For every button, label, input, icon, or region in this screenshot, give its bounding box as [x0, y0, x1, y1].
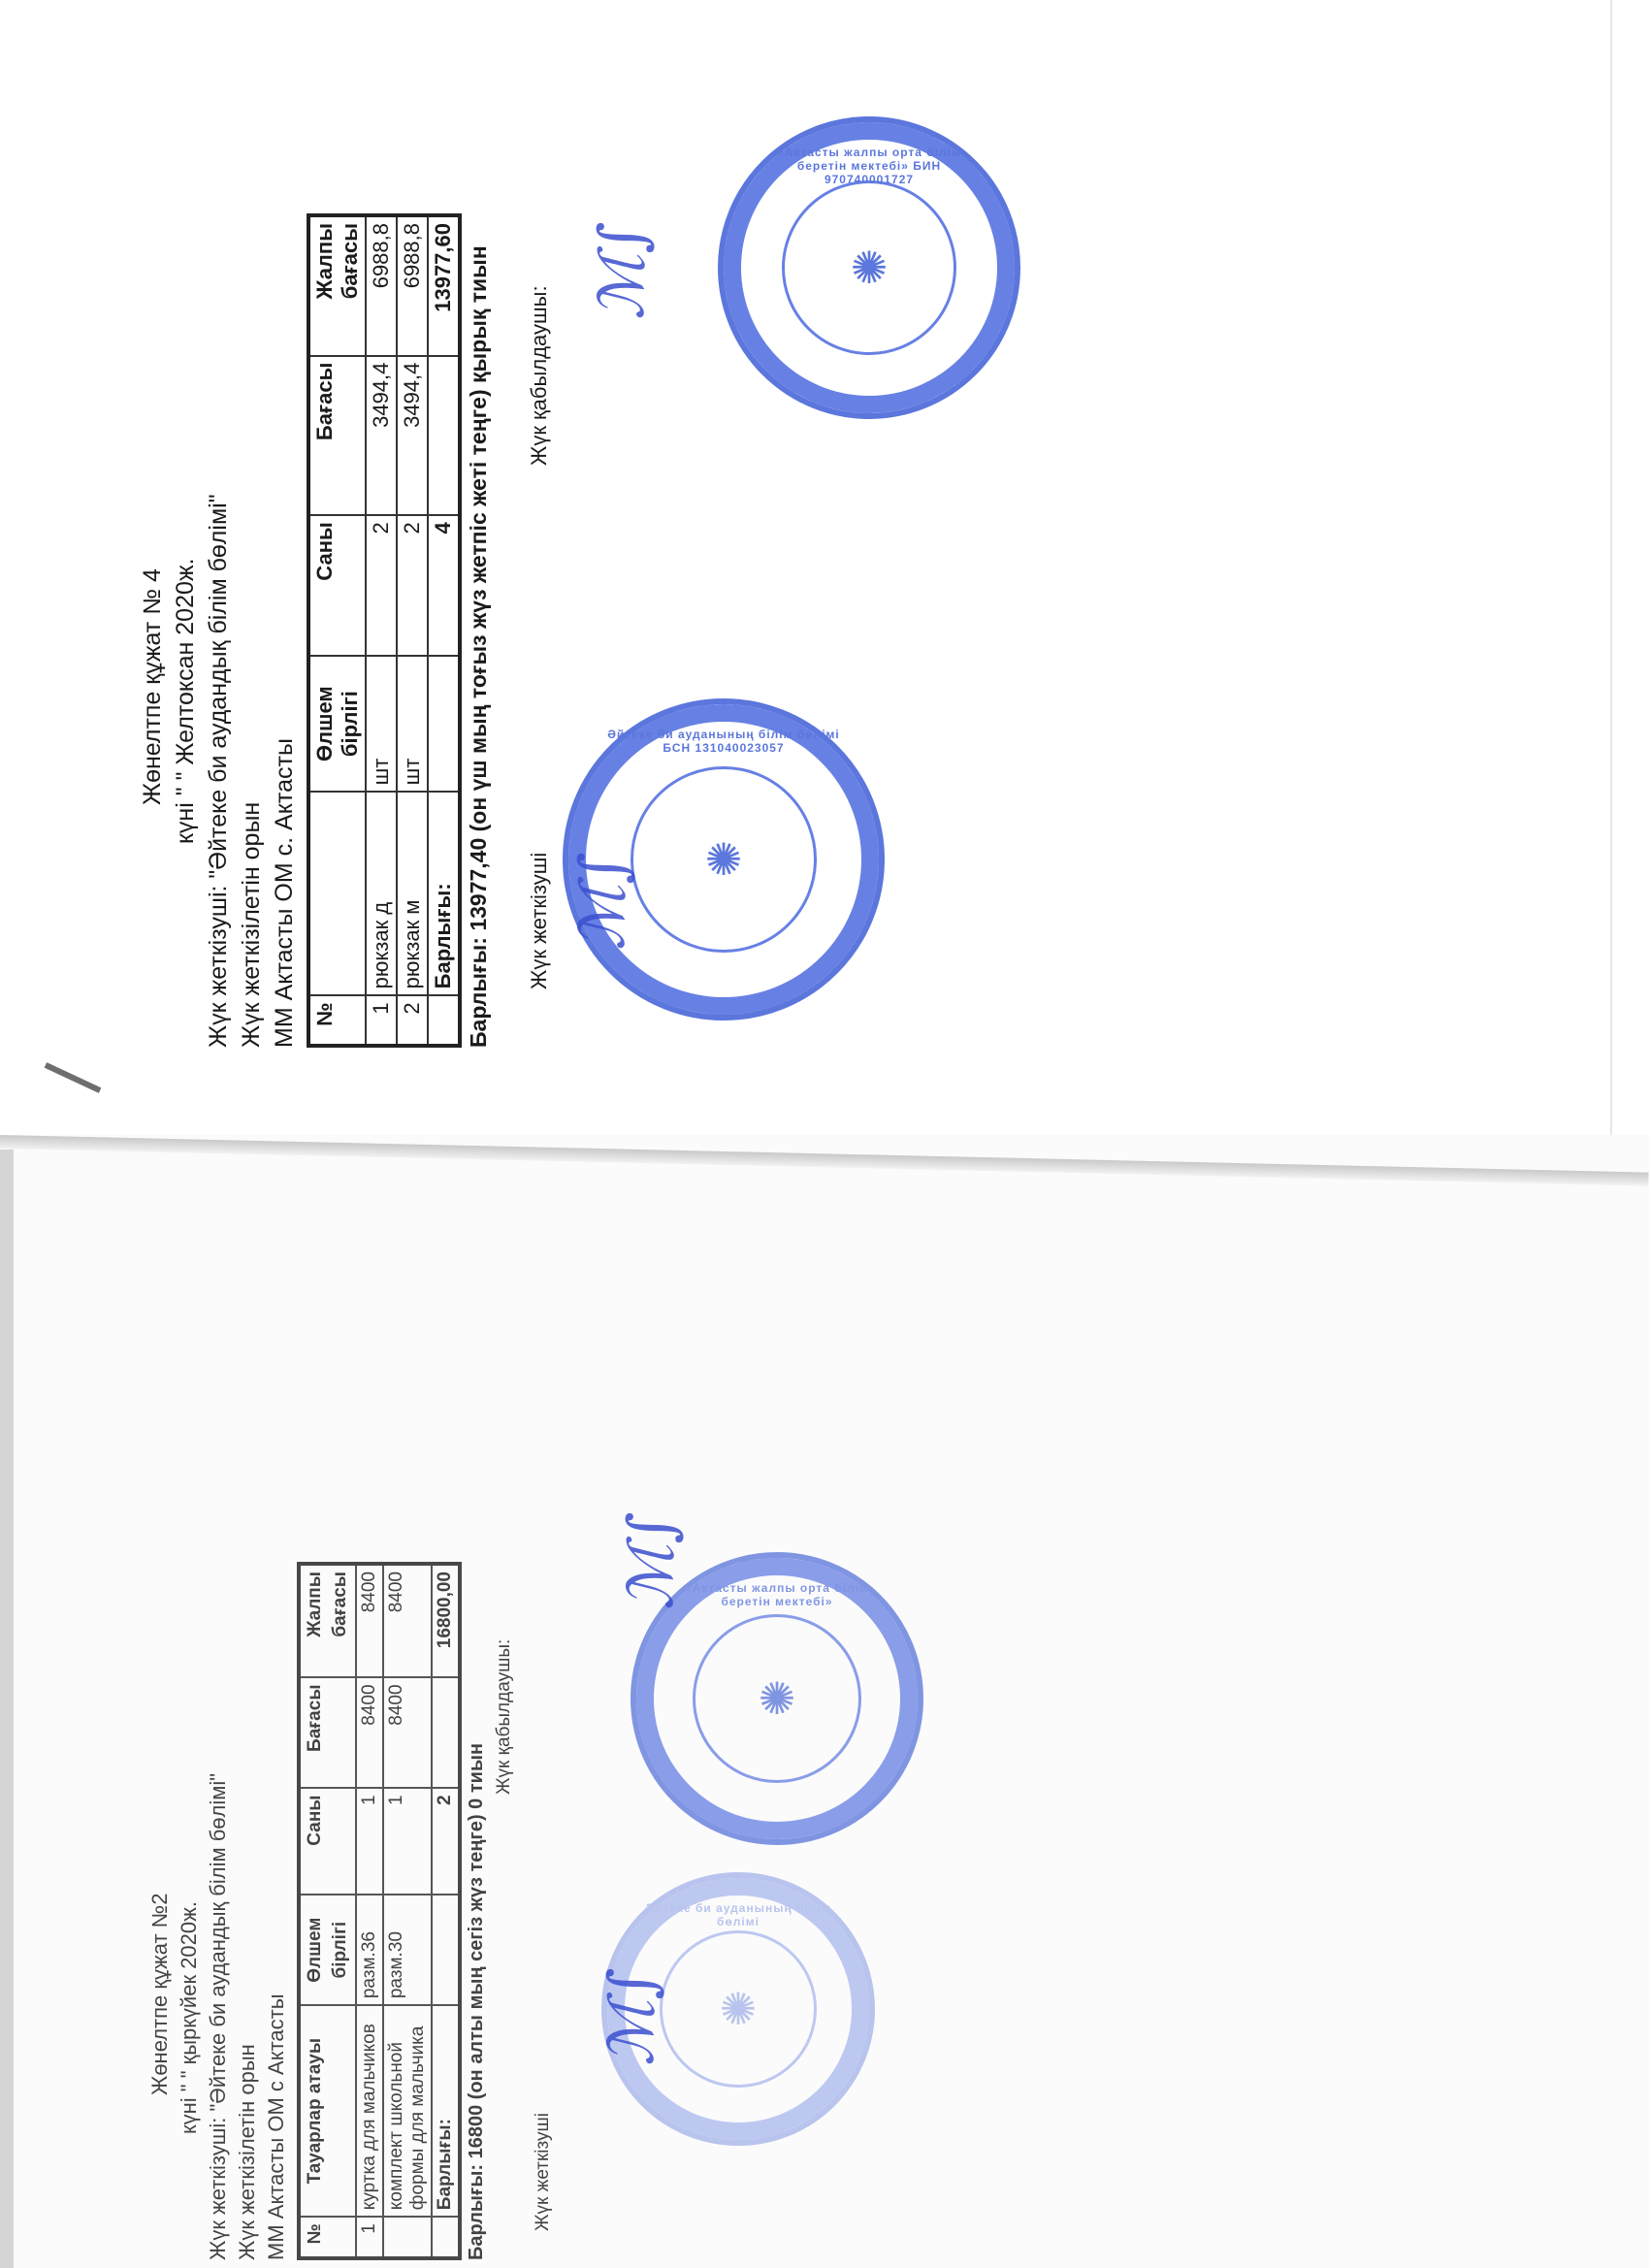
empty-cell: [428, 995, 460, 1046]
handwritten-signature: ℳ∫: [601, 1967, 663, 2066]
empty-cell: [432, 1677, 460, 1788]
empty-cell: [428, 656, 460, 793]
row-quantity: 2: [366, 515, 397, 656]
document-title: Жөнелтпе құжат № 4: [136, 39, 169, 1048]
col-unit: Өлшем бірлігі: [308, 656, 366, 793]
table-row: 1 куртка для мальчиков разм.36 1 8400 84…: [356, 1564, 383, 2258]
handwritten-signature: ℳ∫: [592, 221, 654, 320]
col-name: Тауарлар атауы: [299, 2005, 356, 2217]
stamp-emblem: ✺: [782, 180, 956, 355]
row-total: 6988,8: [397, 215, 428, 356]
row-unit: шт: [397, 656, 428, 793]
handwritten-signature: ℳ∫: [572, 852, 634, 951]
row-total: 6988,8: [366, 215, 397, 356]
empty-cell: [432, 2217, 460, 2258]
table-total-row: Барлығы: 4 13977,60: [428, 215, 460, 1046]
row-unit: шт: [366, 656, 397, 793]
delivery-place-label: Жүк жеткізілетін орын: [233, 1280, 262, 2260]
table-row: комплект школьной формы для мальчика раз…: [383, 1564, 432, 2258]
row-quantity: 1: [356, 1788, 383, 1895]
supplier-line: Жүк жеткізуші: "Әйтеке би аудандық білім…: [204, 1280, 233, 2260]
sender-label: Жүк жеткізуші: [527, 853, 552, 989]
row-price: 8400: [383, 1677, 432, 1788]
stamp-emblem: ✺: [693, 1614, 861, 1783]
page-edge-shadow: [0, 1135, 1649, 1186]
delivery-place-label: Жүк жеткізілетін орын: [235, 39, 268, 1048]
row-number: [383, 2217, 432, 2258]
official-stamp: «Актасты жалпы орта білім беретін мектеб…: [718, 116, 1020, 419]
row-unit: разм.30: [383, 1895, 432, 2005]
col-price: Бағасы: [308, 356, 366, 516]
delivery-place: ММ Актасты ОМ с Актасты: [262, 1280, 291, 2260]
stamp-text: Әйтеке би ауданының білім бөлімі: [633, 1901, 843, 1928]
col-price: Бағасы: [299, 1677, 356, 1788]
total-label: Барлығы:: [432, 2005, 460, 2217]
table-header-row: № Өлшем бірлігі Саны Бағасы Жалпы бағасы: [308, 215, 366, 1046]
row-price: 3494,4: [366, 356, 397, 516]
table-row: 1 рюкзак д шт 2 3494,4 6988,8: [366, 215, 397, 1046]
col-number: №: [299, 2217, 356, 2258]
emblem-icon: ✺: [705, 837, 743, 882]
row-total: 8400: [383, 1564, 432, 1677]
total-amount: 13977,60: [428, 215, 460, 356]
sender-label: Жүк жеткізуші: [533, 2113, 554, 2231]
row-number: 2: [397, 995, 428, 1046]
row-number: 1: [356, 2217, 383, 2258]
empty-cell: [428, 356, 460, 516]
row-unit: разм.36: [356, 1895, 383, 2005]
total-quantity: 2: [432, 1788, 460, 1895]
emblem-icon: ✺: [720, 1987, 758, 2031]
signature-row: Жүк жеткізуші Жүк қабылдаушы:: [503, 1280, 668, 2260]
col-total: Жалпы бағасы: [308, 215, 366, 356]
table-header-row: № Тауарлар атауы Өлшем бірлігі Саны Баға…: [299, 1564, 356, 2258]
row-name: комплект школьной формы для мальчика: [383, 2005, 432, 2217]
document-header: Жөнелтпе құжат № 4 күні " " Желтоксан 20…: [136, 39, 301, 1048]
sum-in-words: Барлығы: 16800 (он алты мың сегіз жүз те…: [466, 1280, 488, 2260]
total-label: Барлығы:: [428, 792, 460, 995]
stamp-text: Әйтеке би ауданының білім бөлімі БСН 131…: [599, 728, 848, 755]
document-header: Жөнелтпе құжат №2 күні " " қыркүйек 2020…: [145, 1280, 291, 2260]
document-date: күні " " Желтоксан 2020ж.: [169, 39, 202, 1048]
col-name: [308, 792, 366, 995]
row-quantity: 2: [397, 515, 428, 656]
scan-gutter: [0, 1150, 14, 2268]
emblem-icon: ✺: [759, 1676, 796, 1721]
col-quantity: Саны: [299, 1788, 356, 1895]
row-quantity: 1: [383, 1788, 432, 1895]
col-number: №: [308, 995, 366, 1046]
table-row: 2 рюкзак м шт 2 3494,4 6988,8: [397, 215, 428, 1046]
row-price: 3494,4: [397, 356, 428, 516]
delivery-place: ММ Актасты ОМ с. Актасты: [268, 39, 301, 1048]
empty-cell: [432, 1895, 460, 2005]
handwritten-signature: ℳ∫: [621, 1511, 683, 1610]
document-date: күні " " қыркүйек 2020ж.: [175, 1280, 204, 2260]
col-total: Жалпы бағасы: [299, 1564, 356, 1677]
total-amount: 16800,00: [432, 1564, 460, 1677]
document-title: Жөнелтпе құжат №2: [145, 1280, 175, 2260]
stamp-text: «Актасты жалпы орта білім беретін мектеб…: [753, 146, 986, 186]
goods-table: № Өлшем бірлігі Саны Бағасы Жалпы бағасы…: [307, 213, 462, 1048]
row-price: 8400: [356, 1677, 383, 1788]
row-name: рюкзак м: [397, 792, 428, 995]
row-number: 1: [366, 995, 397, 1046]
table-total-row: Барлығы: 2 16800,00: [432, 1564, 460, 2258]
sum-in-words: Барлығы: 13977,40 (он үш мың тоғыз жүз ж…: [466, 39, 492, 1048]
supplier-line: Жүк жеткізуші: "Әйтеке би аудандық білім…: [202, 39, 235, 1048]
row-total: 8400: [356, 1564, 383, 1677]
stamp-emblem: ✺: [660, 1930, 818, 2089]
emblem-icon: ✺: [851, 245, 889, 290]
col-quantity: Саны: [308, 515, 366, 656]
stamp-emblem: ✺: [630, 766, 817, 953]
receiver-label: Жүк қабылдаушы:: [527, 285, 552, 466]
row-name: куртка для мальчиков: [356, 2005, 383, 2217]
row-name: рюкзак д: [366, 792, 397, 995]
col-unit: Өлшем бірлігі: [299, 1895, 356, 2005]
receiver-label: Жүк қабылдаушы:: [494, 1639, 515, 1795]
total-quantity: 4: [428, 515, 460, 656]
stamp-text: «Актасты жалпы орта білім беретін мектеб…: [664, 1581, 889, 1608]
waybill-document-2: Жөнелтпе құжат №2 күні " " қыркүйек 2020…: [145, 1280, 650, 2260]
waybill-document-4: Жөнелтпе құжат № 4 күні " " Желтоксан 20…: [136, 39, 640, 1048]
goods-table: № Тауарлар атауы Өлшем бірлігі Саны Баға…: [297, 1562, 462, 2260]
